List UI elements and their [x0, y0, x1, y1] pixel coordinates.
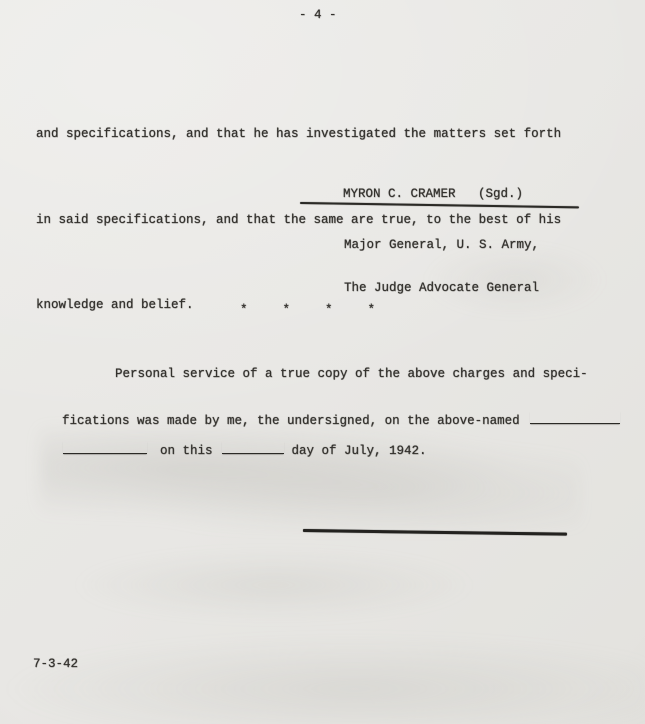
paragraph-line: and specifications, and that he has inve…: [36, 120, 561, 149]
service-paragraph-line-3: on thisday of July, 1942.: [33, 427, 427, 472]
paper-texture-stain: [0, 636, 645, 724]
signature-title-line: The Judge Advocate General: [344, 281, 539, 295]
document-page: - 4 - and specifications, and that he ha…: [0, 0, 645, 724]
asterisk-separator: * * * *: [240, 303, 375, 317]
service-paragraph-text: day of July, 1942.: [292, 444, 427, 458]
fill-in-blank-name: [63, 441, 147, 454]
asterisk: *: [283, 303, 291, 317]
page-number: - 4 -: [299, 8, 337, 22]
service-paragraph-text: fications was made by me, the undersigne…: [62, 414, 520, 428]
fill-in-blank-above-named: [530, 411, 620, 424]
service-paragraph-text: on this: [160, 444, 213, 458]
signature-name: MYRON C. CRAMER (Sgd.): [343, 187, 523, 201]
asterisk: *: [240, 303, 248, 317]
signature-line-blank: [303, 529, 567, 535]
footer-date: 7-3-42: [33, 657, 78, 671]
fill-in-blank-day: [222, 441, 284, 454]
service-paragraph-line-1: Personal service of a true copy of the a…: [115, 367, 588, 381]
asterisk: *: [325, 303, 333, 317]
signature-title-line: Major General, U. S. Army,: [344, 238, 539, 252]
paper-texture-stain: [80, 545, 510, 625]
asterisk: *: [368, 303, 376, 317]
